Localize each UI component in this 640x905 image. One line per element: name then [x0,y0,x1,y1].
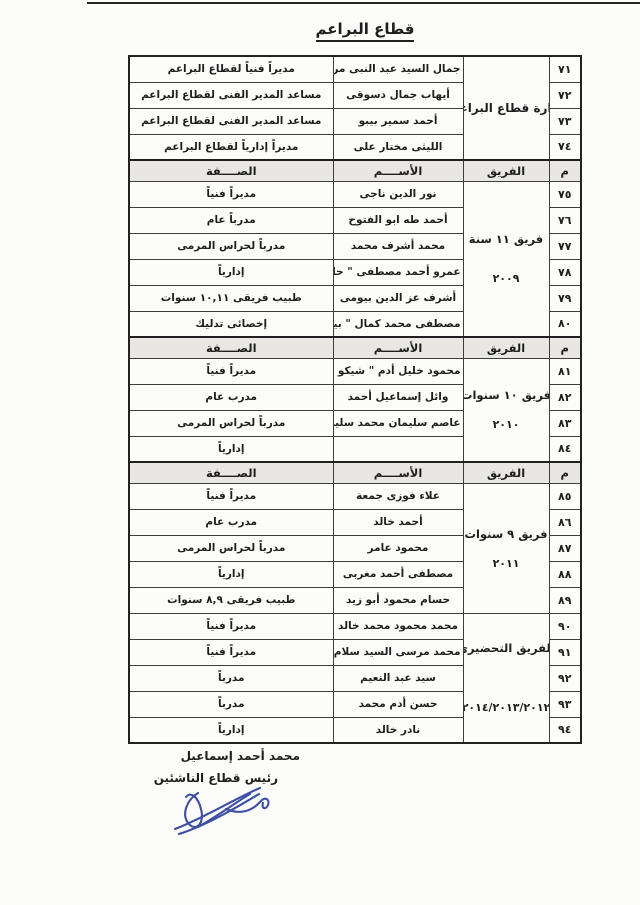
row-number-cell: ٨٢ [549,384,581,410]
column-header-name: الأســــم [333,160,463,181]
team-title: فريق ١١ سنة [469,232,543,246]
table-body: ٧١إدارة قطاع البراعمجمال السيد عبد النبى… [129,56,581,743]
row-number-cell: ٨٣ [549,410,581,436]
row-number-cell: ٧٦ [549,207,581,233]
member-role-cell: مدرباً عام [129,207,333,233]
member-role-cell: طبيب فريقى ٨,٩ سنوات [129,587,333,613]
team-year: ٢٠٠٩ [493,272,520,285]
member-name-cell: مصطفى أحمد مغربى [333,561,463,587]
member-name-cell: أحمد خالد [333,509,463,535]
row-number-cell: ٩٢ [549,665,581,691]
team-title: إدارة قطاع البراعم [463,101,549,115]
member-name-cell: محمد محمود محمد خالد [333,613,463,639]
member-name-cell: محمود عامر [333,535,463,561]
member-role-cell: مدرباً لحراس المرمى [129,410,333,436]
signature-scribble [168,779,276,839]
member-name-cell: عمرو أحمد مصطفى " حلاوة " [333,259,463,285]
member-name-cell: مصطفى محمد كمال " بيسة " [333,311,463,337]
column-header-num: م [549,160,581,181]
row-number-cell: ٧١ [549,56,581,82]
member-name-cell: سيد عبد النعيم [333,665,463,691]
row-number-cell: ٩٠ [549,613,581,639]
team-group-cell: فريق ٩ سنوات٢٠١١ [463,483,549,613]
member-name-cell [333,436,463,462]
row-number-cell: ٨٠ [549,311,581,337]
table-row: ٨١فريق ١٠ سنوات٢٠١٠محمود خليل أدم " شيكو… [129,358,581,384]
member-role-cell: مدرب عام [129,384,333,410]
table-row: ٩٠الفريق التحضيرى٢٠١٤/٢٠١٣/٢٠١٢محمد محمو… [129,613,581,639]
table-row: ٧٥فريق ١١ سنة٢٠٠٩نور الدين ناجىمديراً فن… [129,181,581,207]
column-header-role: الصــــفة [129,462,333,483]
row-number-cell: ٨٥ [549,483,581,509]
row-number-cell: ٨٨ [549,561,581,587]
member-name-cell: نادر خالد [333,717,463,743]
section-header-row: مالفريقالأســــمالصــــفة [129,462,581,483]
member-role-cell: إدارياً [129,436,333,462]
member-name-cell: عاصم سليمان محمد سليمان [333,410,463,436]
row-number-cell: ٨٩ [549,587,581,613]
row-number-cell: ٧٩ [549,285,581,311]
member-name-cell: أشرف عز الدين بيومى [333,285,463,311]
row-number-cell: ٨٤ [549,436,581,462]
team-group-cell: فريق ١٠ سنوات٢٠١٠ [463,358,549,462]
column-header-num: م [549,462,581,483]
team-group-cell: فريق ١١ سنة٢٠٠٩ [463,181,549,337]
member-role-cell: مدرباً [129,665,333,691]
member-name-cell: علاء فوزى جمعة [333,483,463,509]
document-title: قطاع البراعم [300,20,430,38]
member-name-cell: أيهاب جمال دسوقى [333,82,463,108]
section-header-row: مالفريقالأســــمالصــــفة [129,337,581,358]
section-header-row: مالفريقالأســــمالصــــفة [129,160,581,181]
column-header-role: الصــــفة [129,337,333,358]
member-role-cell: إدارياً [129,259,333,285]
member-name-cell: محمد مرسى السيد سلام [333,639,463,665]
member-name-cell: وائل إسماعيل أحمد [333,384,463,410]
row-number-cell: ٧٤ [549,134,581,160]
member-role-cell: مدرباً لحراس المرمى [129,233,333,259]
member-name-cell: نور الدين ناجى [333,181,463,207]
row-number-cell: ٩٤ [549,717,581,743]
column-header-team: الفريق [463,462,549,483]
member-role-cell: إدارياً [129,717,333,743]
row-number-cell: ٧٣ [549,108,581,134]
member-role-cell: مديراً إدارياً لقطاع البراعم [129,134,333,160]
row-number-cell: ٧٨ [549,259,581,285]
team-group-cell: إدارة قطاع البراعم [463,56,549,160]
table-row: ٧١إدارة قطاع البراعمجمال السيد عبد النبى… [129,56,581,82]
row-number-cell: ٩١ [549,639,581,665]
member-role-cell: مديراً فنياً [129,639,333,665]
member-role-cell: إخصائى تدليك [129,311,333,337]
row-number-cell: ٨٧ [549,535,581,561]
column-header-name: الأســــم [333,337,463,358]
member-name-cell: حسن أدم محمد [333,691,463,717]
signatory-name: محمد أحمد إسماعيل [190,749,300,763]
member-role-cell: مساعد المدير الفنى لقطاع البراعم [129,82,333,108]
row-number-cell: ٩٣ [549,691,581,717]
member-name-cell: أحمد طه ابو الفتوح [333,207,463,233]
row-number-cell: ٨٦ [549,509,581,535]
column-header-name: الأســــم [333,462,463,483]
column-header-role: الصــــفة [129,160,333,181]
member-role-cell: مدرباً [129,691,333,717]
column-header-team: الفريق [463,160,549,181]
member-role-cell: مديراً فنياً [129,358,333,384]
member-role-cell: مدرب عام [129,509,333,535]
column-header-team: الفريق [463,337,549,358]
team-title: فريق ٩ سنوات [464,527,547,541]
member-role-cell: مساعد المدير الفنى لقطاع البراعم [129,108,333,134]
member-role-cell: إدارياً [129,561,333,587]
team-year: ٢٠١١ [493,557,520,570]
member-name-cell: أحمد سمير بيبو [333,108,463,134]
member-name-cell: جمال السيد عبد النبى مرسال [333,56,463,82]
row-number-cell: ٧٧ [549,233,581,259]
member-role-cell: مديراً فنياً [129,483,333,509]
team-group-cell: الفريق التحضيرى٢٠١٤/٢٠١٣/٢٠١٢ [463,613,549,743]
row-number-cell: ٧٢ [549,82,581,108]
member-name-cell: الليثى مختار على [333,134,463,160]
row-number-cell: ٨١ [549,358,581,384]
member-role-cell: مديراً فنياً [129,181,333,207]
team-year: ٢٠١٤/٢٠١٣/٢٠١٢ [463,701,549,714]
column-header-num: م [549,337,581,358]
member-name-cell: حسام محمود أبو زيد [333,587,463,613]
member-role-cell: مدرباً لحراس المرمى [129,535,333,561]
member-name-cell: محمود خليل أدم " شيكو " [333,358,463,384]
team-title: فريق ١٠ سنوات [463,388,549,402]
row-number-cell: ٧٥ [549,181,581,207]
roster-table: ٧١إدارة قطاع البراعمجمال السيد عبد النبى… [128,55,582,744]
scan-artifact-line [87,2,640,4]
table-row: ٨٥فريق ٩ سنوات٢٠١١علاء فوزى جمعةمديراً ف… [129,483,581,509]
member-role-cell: طبيب فريقى ١٠,١١ سنوات [129,285,333,311]
team-title: الفريق التحضيرى [463,641,549,655]
member-name-cell: محمد أشرف محمد [333,233,463,259]
member-role-cell: مديراً فنياً [129,613,333,639]
member-role-cell: مديراً فنياً لقطاع البراعم [129,56,333,82]
team-year: ٢٠١٠ [493,418,520,431]
